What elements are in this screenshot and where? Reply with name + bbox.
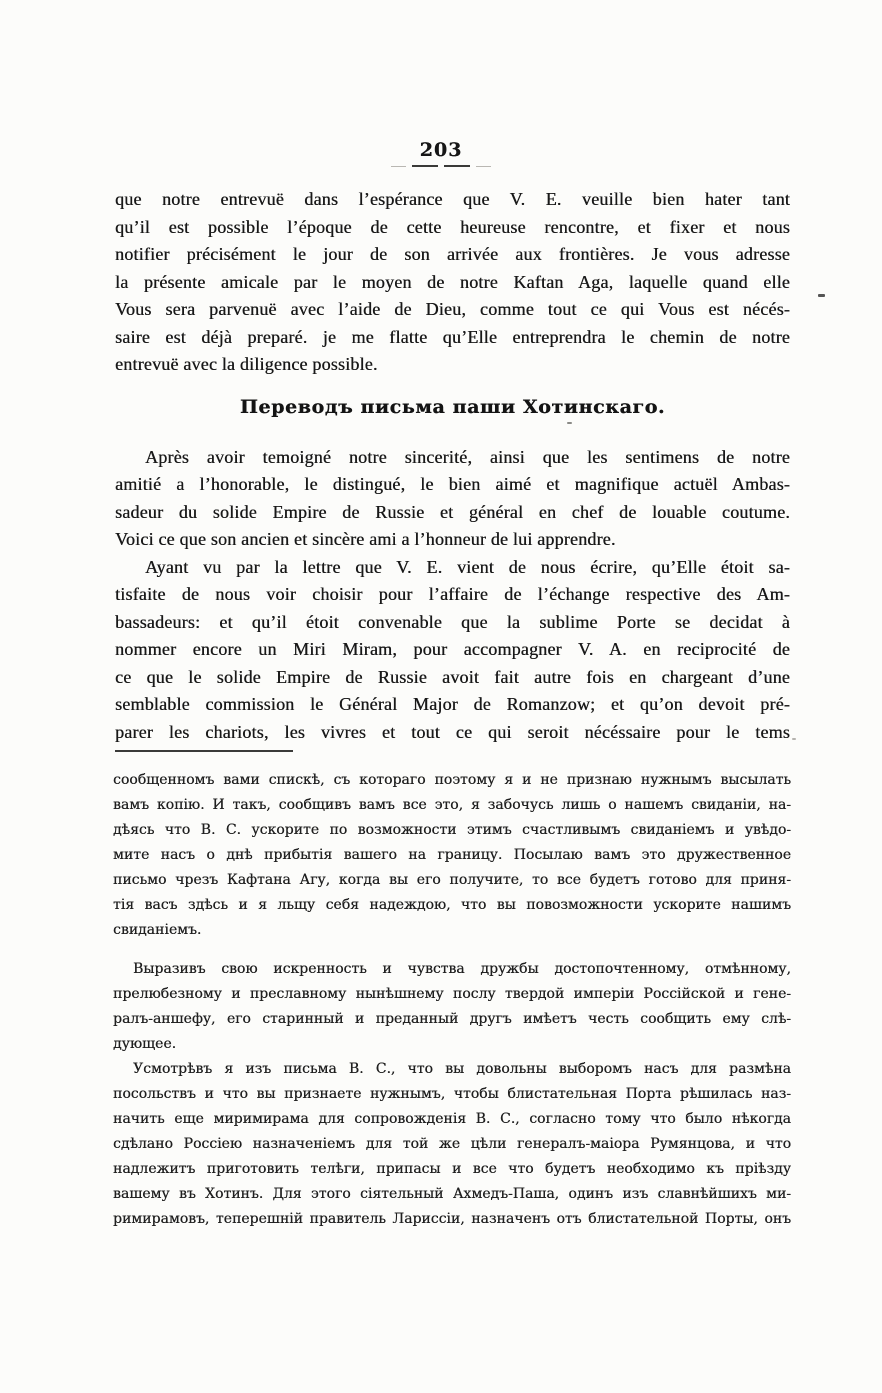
scanned-book-page: 203 que notre entrevuë dans l’espérance …	[0, 0, 882, 1393]
text-line: tisfaite de nous voir choisir pour l’aff…	[115, 581, 790, 609]
page-header: 203	[0, 139, 882, 167]
text-line: посольствъ и что вы признаете нужнымъ, ч…	[113, 1082, 791, 1107]
footnote-block: сообщенномъ вами спискѣ, съ котораго поэ…	[113, 750, 791, 1232]
footnote-paragraph-2: Выразивъ свою искренность и чувства друж…	[113, 957, 791, 1057]
text-line: Усмотрѣвъ я изъ письма В. С., что вы дов…	[113, 1057, 791, 1082]
text-line: надлежитъ приготовить телѣги, припасы и …	[113, 1157, 791, 1182]
text-line: римирамовъ, теперешній правитель Лариссі…	[113, 1207, 791, 1232]
text-line: ралъ-аншефу, его старинный и преданный д…	[113, 1007, 791, 1032]
text-line: сдѣлано Россіею назначеніемъ для той же …	[113, 1132, 791, 1157]
scan-artifact-speck	[567, 422, 572, 424]
text-line: письмо чрезъ Кафтана Агу, когда вы его п…	[113, 868, 791, 893]
text-line: дующее.	[113, 1032, 791, 1057]
section-heading: Переводъ письма паши Хотинскаго.	[115, 393, 790, 422]
text-line: мите насъ о днѣ прибытія вашего на грани…	[113, 843, 791, 868]
text-line: Voici ce que son ancien et sincère ami a…	[115, 526, 790, 554]
footnote-paragraph-3: Усмотрѣвъ я изъ письма В. С., что вы дов…	[113, 1057, 791, 1232]
footnote-separator-rule	[115, 750, 293, 752]
text-line: Après avoir temoigné notre sincerité, ai…	[115, 444, 790, 472]
underline-dash-right	[444, 165, 470, 167]
text-line: semblable commission le Général Major de…	[115, 691, 790, 719]
text-line: Выразивъ свою искренность и чувства друж…	[113, 957, 791, 982]
text-line: amitié a l’honorable, le distingué, le b…	[115, 471, 790, 499]
paragraph-french-apres: Après avoir temoigné notre sincerité, ai…	[115, 444, 790, 554]
scan-artifact-speck	[818, 294, 825, 297]
page-number: 203	[420, 139, 463, 161]
text-line: sadeur du solide Empire de Russie et gén…	[115, 499, 790, 527]
footnote-paragraph-1: сообщенномъ вами спискѣ, съ котораго поэ…	[113, 768, 791, 943]
text-line: вамъ копію. И такъ, сообщивъ вамъ все эт…	[113, 793, 791, 818]
text-line: начить еще миримирама для сопровожденія …	[113, 1107, 791, 1132]
text-line: ce que le solide Empire de Russie avoit …	[115, 664, 790, 692]
paragraph-french-opening: que notre entrevuë dans l’espérance que …	[115, 186, 790, 379]
text-line: прелюбезному и преславному нынѣшнему пос…	[113, 982, 791, 1007]
underline-dash-left	[412, 165, 438, 167]
text-line: свиданіемъ.	[113, 918, 791, 943]
paragraph-french-ayant: Ayant vu par la lettre que V. E. vient d…	[115, 554, 790, 747]
text-line: bassadeurs: et qu’il étoit convenable qu…	[115, 609, 790, 637]
main-text-block: que notre entrevuë dans l’espérance que …	[115, 186, 790, 746]
text-line: дѣясь что В. С. ускорите по возможности …	[113, 818, 791, 843]
text-line: Ayant vu par la lettre que V. E. vient d…	[115, 554, 790, 582]
underline-dash-faint-left	[391, 166, 406, 167]
text-line: вашему въ Хотинъ. Для этого сіятельный А…	[113, 1182, 791, 1207]
scan-artifact-speck	[792, 738, 796, 740]
text-line: тія васъ здѣсь и я льщу себя надеждою, ч…	[113, 893, 791, 918]
underline-dash-faint-right	[476, 166, 491, 167]
text-line: saire est déjà preparé. je me flatte qu’…	[115, 324, 790, 352]
page-number-underline	[391, 165, 491, 167]
text-line: parer les chariots, les vivres et tout c…	[115, 719, 790, 747]
text-line: la présente amicale par le moyen de notr…	[115, 269, 790, 297]
text-line: Vous sera parvenuë avec l’aide de Dieu, …	[115, 296, 790, 324]
text-line: notifier précisément le jour de son arri…	[115, 241, 790, 269]
text-line: nommer encore un Miri Miram, pour accomp…	[115, 636, 790, 664]
text-line: сообщенномъ вами спискѣ, съ котораго поэ…	[113, 768, 791, 793]
text-line: qu’il est possible l’époque de cette heu…	[115, 214, 790, 242]
text-line: que notre entrevuë dans l’espérance que …	[115, 186, 790, 214]
text-line: entrevuë avec la diligence possible.	[115, 351, 790, 379]
